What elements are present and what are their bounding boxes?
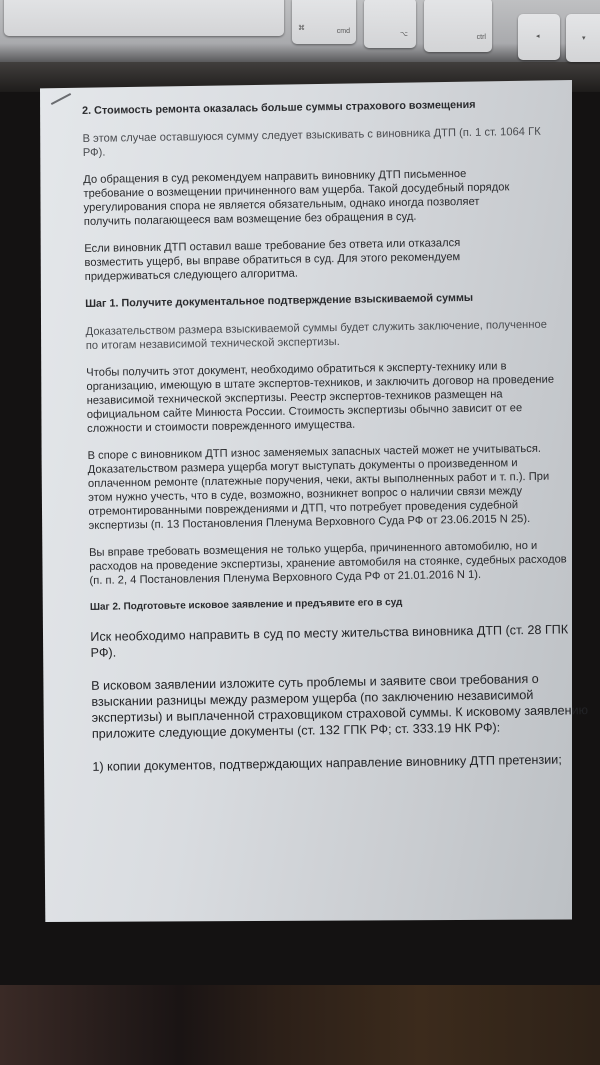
paragraph: Доказательством размера взыскиваемой сум… — [85, 318, 550, 353]
alt-symbol-icon: ⌥ — [400, 30, 408, 38]
cmd-symbol-icon: ⌘ — [298, 24, 305, 32]
paragraph: До обращения в суд рекомендуем направить… — [83, 166, 524, 229]
arrow-down-icon: ▾ — [582, 34, 586, 42]
keyboard: ⌘ cmd ⌥ ctrl ◂ ▾ — [0, 0, 600, 62]
step1-title: Шаг 1. Получите документальное подтвержд… — [85, 289, 585, 311]
list-item: 1) копии документов, подтверждающих напр… — [92, 751, 600, 775]
paragraph: В этом случае оставшуюся сумму следует в… — [82, 125, 552, 160]
step2-title: Шаг 2. Подготовьте исковое заявление и п… — [90, 593, 590, 615]
paragraph: Чтобы получить этот документ, необходимо… — [86, 359, 562, 436]
key-alt: ⌥ — [364, 0, 416, 48]
paragraph: Иск необходимо направить в суд по месту … — [90, 621, 580, 661]
paragraph: В исковом заявлении изложите суть пробле… — [91, 670, 600, 742]
paragraph: В споре с виновником ДТП износ заменяемы… — [87, 441, 573, 533]
arrow-left-icon: ◂ — [536, 32, 540, 40]
desk-surface-bottom — [0, 985, 600, 1065]
key-arrow-down: ▾ — [566, 14, 600, 62]
key-arrow-left: ◂ — [518, 14, 560, 60]
document-body: 2. Стоимость ремонта оказалась больше су… — [82, 96, 593, 792]
key-cmd: ⌘ cmd — [292, 0, 356, 44]
key-ctrl: ctrl — [424, 0, 492, 52]
key-spacebar — [4, 0, 284, 36]
key-ctrl-label: ctrl — [477, 34, 486, 41]
paragraph: Если виновник ДТП оставил ваше требовани… — [84, 235, 515, 284]
key-cmd-label: cmd — [337, 28, 350, 35]
paragraph: Вы вправе требовать возмещения не только… — [89, 538, 580, 588]
